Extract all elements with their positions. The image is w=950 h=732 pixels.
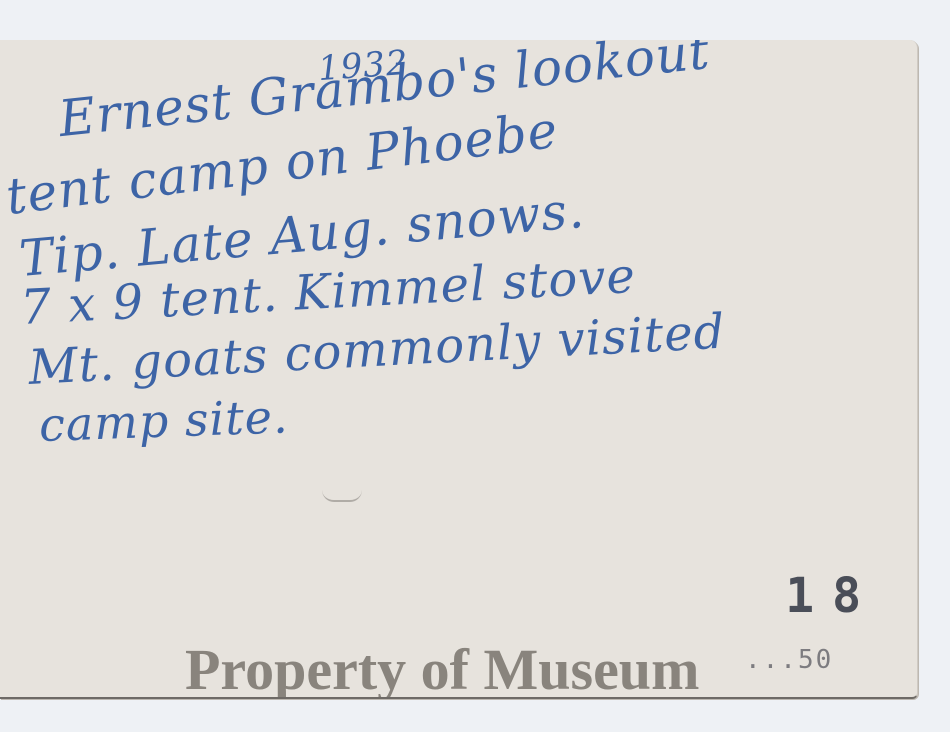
pencil-mark bbox=[322, 490, 362, 502]
stamped-number: 18 bbox=[785, 568, 879, 624]
catalog-number-stamp: ...50 bbox=[745, 645, 833, 675]
photo-card-back: 1932 Ernest Grambo's lookout tent camp o… bbox=[0, 40, 918, 699]
museum-watermark: Property of Museum bbox=[185, 636, 699, 699]
handwritten-line-6: camp site. bbox=[38, 389, 289, 452]
